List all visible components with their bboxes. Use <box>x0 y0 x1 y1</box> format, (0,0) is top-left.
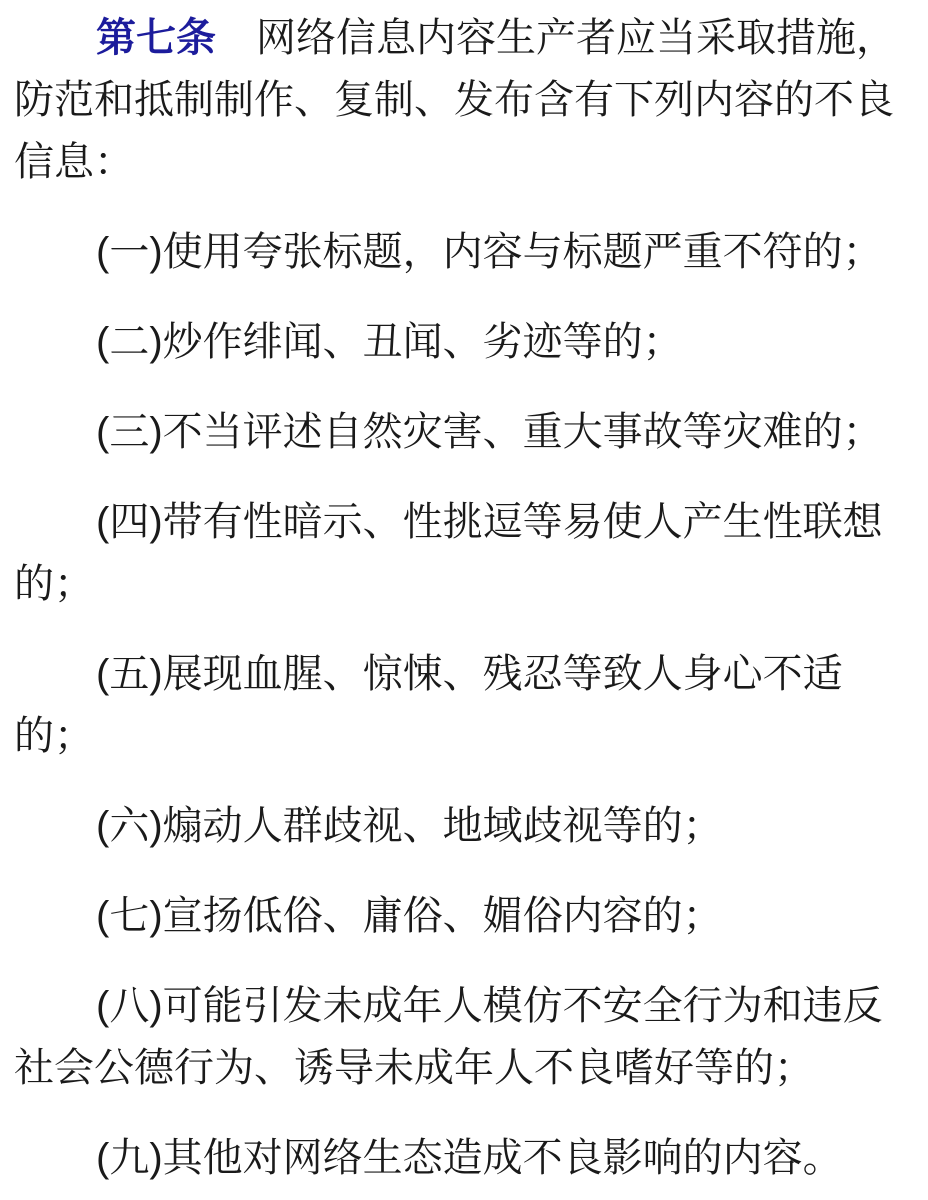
article-intro-paragraph: 第七条网络信息内容生产者应当采取措施，防范和抵制制作、复制、发布含有下列内容的不… <box>14 7 914 193</box>
list-item-3: (三)不当评述自然灾害、重大事故等灾难的； <box>14 401 914 463</box>
list-item-9: (九)其他对网络生态造成不良影响的内容。 <box>14 1127 914 1189</box>
document-page: 第七条网络信息内容生产者应当采取措施，防范和抵制制作、复制、发布含有下列内容的不… <box>0 0 928 1200</box>
list-item-1: (一)使用夸张标题，内容与标题严重不符的； <box>14 221 914 283</box>
article-number: 第七条 <box>96 16 216 60</box>
list-item-5: (五)展现血腥、惊悚、残忍等致人身心不适的； <box>14 643 914 767</box>
list-item-2: (二)炒作绯闻、丑闻、劣迹等的； <box>14 311 914 373</box>
list-item-7: (七)宣扬低俗、庸俗、媚俗内容的； <box>14 885 914 947</box>
list-item-4: (四)带有性暗示、性挑逗等易使人产生性联想的； <box>14 491 914 615</box>
list-item-8: (八)可能引发未成年人模仿不安全行为和违反社会公德行为、诱导未成年人不良嗜好等的… <box>14 975 914 1099</box>
list-item-6: (六)煽动人群歧视、地域歧视等的； <box>14 795 914 857</box>
